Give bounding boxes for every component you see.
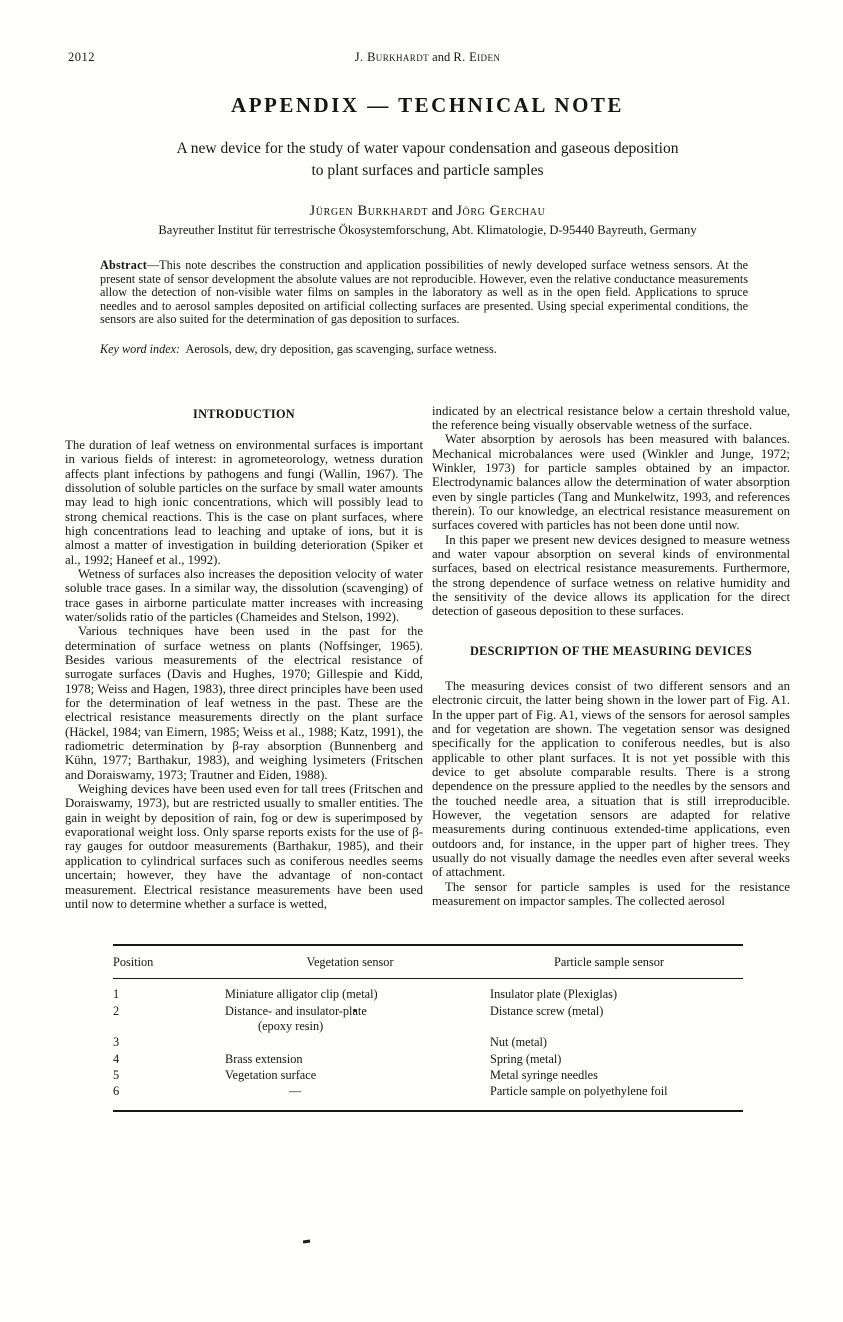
table-header-row: Position Vegetation sensor Particle samp…: [113, 945, 743, 979]
cell-particle: Particle sample on polyethylene foil: [475, 1084, 743, 1111]
body-columns: INTRODUCTION The duration of leaf wetnes…: [65, 404, 790, 912]
cell-position: 3: [113, 1035, 225, 1051]
author-name-1: Jürgen Burkhardt: [310, 203, 429, 219]
cell-particle: Distance screw (metal): [475, 1003, 743, 1035]
cell-vegetation: Miniature alligator clip (metal): [225, 979, 475, 1003]
cell-position: 6: [113, 1084, 225, 1111]
paragraph: Water absorption by aerosols has been me…: [432, 432, 790, 532]
keywords-text: Aerosols, dew, dry deposition, gas scave…: [186, 342, 497, 356]
paragraph: In this paper we present new devices des…: [432, 533, 790, 619]
table-row: 4 Brass extension Spring (metal): [113, 1051, 743, 1067]
appendix-title: APPENDIX — TECHNICAL NOTE: [65, 93, 790, 118]
paragraph: The duration of leaf wetness on environm…: [65, 438, 423, 567]
parts-table-body: 1 Miniature alligator clip (metal) Insul…: [113, 979, 743, 1111]
table-row: 3 Nut (metal): [113, 1035, 743, 1051]
article-title: A new device for the study of water vapo…: [65, 138, 790, 182]
header-cell-position: Position: [113, 945, 225, 979]
abstract: Abstract—This note describes the constru…: [100, 259, 748, 327]
running-author-1: J. Burkhardt: [355, 50, 429, 64]
running-head: 2012 J. Burkhardt and R. Eiden: [65, 50, 790, 66]
article-title-line-2: to plant surfaces and particle samples: [65, 160, 790, 182]
journal-page: 2012 J. Burkhardt and R. Eiden APPENDIX …: [0, 0, 843, 1322]
cell-particle: Insulator plate (Plexiglas): [475, 979, 743, 1003]
abstract-label: Abstract: [100, 258, 147, 272]
paragraph: Weighing devices have been used even for…: [65, 782, 423, 911]
parts-table: Position Vegetation sensor Particle samp…: [113, 944, 743, 1111]
keywords-label: Key word index:: [100, 342, 180, 356]
paragraph: The measuring devices consist of two dif…: [432, 679, 790, 880]
cell-vegetation: —: [225, 1084, 475, 1111]
table-row: 5 Vegetation surface Metal syringe needl…: [113, 1067, 743, 1083]
introduction-heading: INTRODUCTION: [65, 407, 423, 421]
left-column: INTRODUCTION The duration of leaf wetnes…: [65, 404, 423, 912]
cell-particle: Nut (metal): [475, 1035, 743, 1051]
cell-position: 2: [113, 1003, 225, 1035]
cell-position: 4: [113, 1051, 225, 1067]
scan-artifact-dot: [353, 1009, 356, 1012]
header-cell-particle-sample-sensor: Particle sample sensor: [475, 945, 743, 979]
keywords-line: Key word index: Aerosols, dew, dry depos…: [100, 342, 748, 357]
header-cell-vegetation-sensor: Vegetation sensor: [225, 945, 475, 979]
cell-vegetation: Distance- and insulator-plate (epoxy res…: [225, 1003, 475, 1035]
parts-table-header: Position Vegetation sensor Particle samp…: [113, 945, 743, 979]
running-conj: and: [432, 50, 450, 64]
affiliation: Bayreuther Institut für terrestrische Ök…: [65, 223, 790, 238]
parts-table-wrap: Position Vegetation sensor Particle samp…: [113, 944, 743, 1111]
article-title-line-1: A new device for the study of water vapo…: [65, 138, 790, 160]
cell-position: 1: [113, 979, 225, 1003]
cell-position: 5: [113, 1067, 225, 1083]
author-name-2: Jörg Gerchau: [456, 203, 545, 219]
cell-vegetation: [225, 1035, 475, 1051]
table-row: 6 — Particle sample on polyethylene foil: [113, 1084, 743, 1111]
abstract-text: —This note describes the construction an…: [100, 258, 748, 326]
table-row: 2 Distance- and insulator-plate (epoxy r…: [113, 1003, 743, 1035]
cell-particle: Spring (metal): [475, 1051, 743, 1067]
paragraph: Wetness of surfaces also increases the d…: [65, 567, 423, 624]
cell-particle: Metal syringe needles: [475, 1067, 743, 1083]
authors-line: Jürgen Burkhardt and Jörg Gerchau: [65, 203, 790, 220]
description-heading: DESCRIPTION OF THE MEASURING DEVICES: [432, 644, 790, 658]
table-row: 1 Miniature alligator clip (metal) Insul…: [113, 979, 743, 1003]
cell-vegetation: Brass extension: [225, 1051, 475, 1067]
authors-conj: and: [432, 203, 453, 219]
paragraph: indicated by an electrical resistance be…: [432, 404, 790, 433]
scan-artifact-dash: [303, 1240, 310, 1243]
paragraph: The sensor for particle samples is used …: [432, 880, 790, 909]
cell-vegetation: Vegetation surface: [225, 1067, 475, 1083]
running-author-2: R. Eiden: [453, 50, 500, 64]
running-title: J. Burkhardt and R. Eiden: [65, 50, 790, 65]
paragraph: Various techniques have been used in the…: [65, 624, 423, 782]
right-column: indicated by an electrical resistance be…: [432, 404, 790, 912]
